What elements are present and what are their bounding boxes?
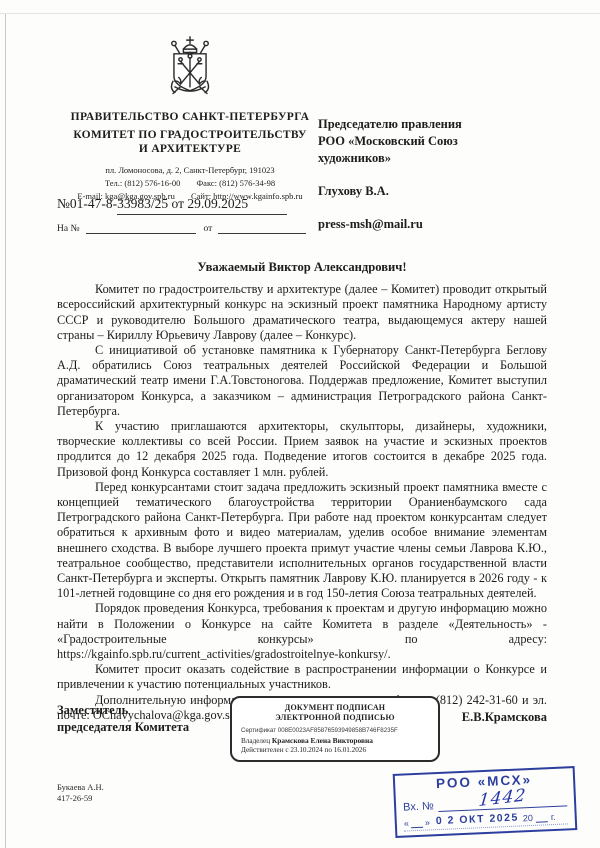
body-paragraph: Перед конкурсантами стоит задача предлож… — [57, 480, 547, 602]
year-g-label: г. — [551, 812, 556, 822]
na-blank-line — [86, 223, 196, 234]
sender-header: ПРАВИТЕЛЬСТВО САНКТ-ПЕТЕРБУРГА КОМИТЕТ П… — [40, 34, 340, 203]
body-paragraph: С инициативой об установке памятника к Г… — [57, 343, 547, 419]
recipient-title-line1: Председателю правления — [318, 116, 548, 133]
scan-artifact-left — [5, 14, 6, 848]
ot-label: от — [204, 224, 213, 234]
esign-title-line2: ЭЛЕКТРОННОЙ ПОДПИСЬЮ — [241, 713, 429, 723]
esign-owner-label: Владелец — [241, 737, 272, 745]
esign-validity: Действителен с 23.10.2024 по 16.01.2026 — [241, 746, 429, 754]
outgoing-number: №01-47-8-33983/25 от 29.09.2025 — [57, 196, 347, 212]
esign-owner: Владелец Крамскова Елена Викторовна — [241, 736, 429, 745]
incoming-number-label: Вх. № — [403, 800, 434, 813]
date-quote-open: « — [404, 818, 409, 828]
incoming-date-row: « » 0 2 ОКТ 2025 20 г. — [404, 809, 568, 831]
incoming-date-stamp: 0 2 ОКТ 2025 — [436, 812, 519, 828]
date-day-blank — [411, 819, 423, 829]
ot-blank-line — [218, 223, 306, 234]
recipient-email: press-msh@mail.ru — [318, 216, 548, 233]
na-label: На № — [57, 224, 80, 234]
committee-name-line1: КОМИТЕТ ПО ГРАДОСТРОИТЕЛЬСТВУ — [40, 128, 340, 142]
executor-phone: 417-26-59 — [57, 793, 104, 804]
executor-block: Букаева А.Н. 417-26-59 — [57, 782, 104, 804]
body-paragraph: Комитет просит оказать содействие в расп… — [57, 662, 547, 692]
recipient-block: Председателю правления РОО «Московский С… — [318, 116, 548, 233]
sender-address: пл. Ломоносова, д. 2, Санкт-Петербург, 1… — [40, 164, 340, 177]
body-paragraph: К участию приглашаются архитекторы, скул… — [57, 419, 547, 480]
esign-owner-name: Крамскова Елена Викторовна — [272, 736, 373, 745]
body-paragraph: Комитет по градостроительству и архитект… — [57, 282, 547, 343]
sender-fax: Факс: (812) 576-34-98 — [196, 178, 275, 188]
incoming-number-handwritten: 1442 — [478, 788, 527, 809]
esign-title-line1: ДОКУМЕНТ ПОДПИСАН — [241, 703, 429, 713]
esign-title: ДОКУМЕНТ ПОДПИСАН ЭЛЕКТРОННОЙ ПОДПИСЬЮ — [241, 703, 429, 722]
body-paragraph: Порядок проведения Конкурса, требования … — [57, 601, 547, 662]
year-blank — [536, 813, 548, 823]
government-name: ПРАВИТЕЛЬСТВО САНКТ-ПЕТЕРБУРГА — [40, 111, 340, 123]
incoming-number-line: 1442 — [437, 787, 567, 812]
executor-name: Букаева А.Н. — [57, 782, 104, 793]
sender-phone: Тел.: (812) 576-16-00 — [105, 178, 180, 188]
letter-body: Уважаемый Виктор Александрович! Комитет … — [57, 260, 547, 723]
salutation: Уважаемый Виктор Александрович! — [57, 260, 547, 275]
signer-position-line1: Заместитель — [57, 702, 189, 719]
sender-phone-fax: Тел.: (812) 576-16-00 Факс: (812) 576-34… — [40, 177, 340, 190]
signer-name: Е.В.Крамскова — [462, 710, 547, 725]
body-paragraphs: Комитет по градостроительству и архитект… — [57, 282, 547, 723]
recipient-title-line3: художников» — [318, 150, 548, 167]
scanned-letter-page: ПРАВИТЕЛЬСТВО САНКТ-ПЕТЕРБУРГА КОМИТЕТ П… — [0, 0, 600, 848]
signer-position-line2: председателя Комитета — [57, 719, 189, 736]
committee-name: КОМИТЕТ ПО ГРАДОСТРОИТЕЛЬСТВУ И АРХИТЕКТ… — [40, 128, 340, 156]
ref-underline — [117, 213, 287, 215]
recipient-title-line2: РОО «Московский Союз — [318, 133, 548, 150]
reference-block: №01-47-8-33983/25 от 29.09.2025 На № от — [57, 196, 347, 234]
spb-coat-of-arms-icon — [152, 34, 228, 107]
scan-artifact-top — [0, 13, 600, 14]
committee-name-line2: И АРХИТЕКТУРЕ — [40, 142, 340, 156]
incoming-registration-stamp: РОО «МСХ» Вх. № 1442 « » 0 2 ОКТ 2025 20… — [393, 766, 578, 838]
date-quote-close: » — [425, 817, 430, 827]
electronic-signature-stamp: ДОКУМЕНТ ПОДПИСАН ЭЛЕКТРОННОЙ ПОДПИСЬЮ С… — [230, 696, 440, 762]
year-prefix: 20 — [523, 813, 533, 823]
esign-certificate: Сертификат 008E0023AF85876593949858B746F… — [241, 727, 429, 734]
incoming-ref-template: На № от — [57, 223, 347, 234]
signer-position: Заместитель председателя Комитета — [57, 702, 189, 736]
recipient-name: Глухову В.А. — [318, 183, 548, 200]
